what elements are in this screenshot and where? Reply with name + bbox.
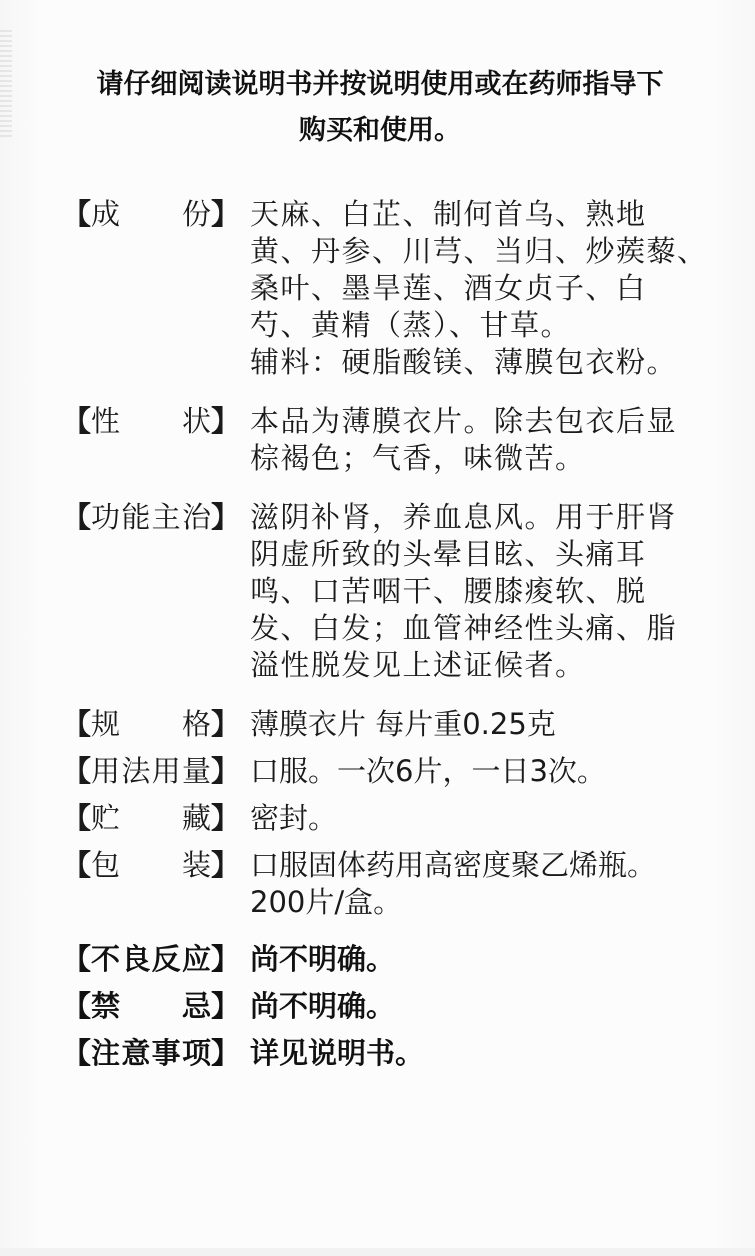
- label-char: 状: [182, 403, 211, 440]
- content-line: 200片/盒。: [250, 884, 712, 921]
- label-char: 用: [152, 753, 181, 790]
- section-label: 【 贮 藏 】: [62, 800, 240, 837]
- section-label: 【 成 份 】: [62, 196, 240, 233]
- label-char: 份: [182, 196, 211, 233]
- label-char: 禁: [91, 988, 120, 1025]
- section-adverse-reactions: 【 不 良 反 应 】 尚不明确。: [62, 941, 712, 978]
- drug-info-sections: 【 成 份 】 天麻、白芷、制何首乌、熟地 黄、丹参、川芎、当归、炒蒺藜、 桑叶…: [62, 196, 712, 1072]
- section-label: 【 不 良 反 应 】: [62, 941, 240, 978]
- label-char: 良: [121, 941, 150, 978]
- content-line-excipients: 辅料：硬脂酸镁、薄膜包衣粉。: [250, 344, 712, 381]
- section-content: 尚不明确。: [240, 941, 712, 978]
- content-line: 棕褐色；气香，味微苦。: [250, 440, 712, 477]
- label-char: 贮: [91, 800, 120, 837]
- open-bracket: 【: [62, 941, 91, 978]
- label-char: 包: [91, 847, 120, 884]
- content-line: 黄、丹参、川芎、当归、炒蒺藜、: [250, 233, 712, 270]
- content-line: 本品为薄膜衣片。除去包衣后显: [250, 403, 712, 440]
- section-contraindications: 【 禁 忌 】 尚不明确。: [62, 988, 712, 1025]
- label-char: 用: [91, 753, 120, 790]
- open-bracket: 【: [62, 847, 91, 884]
- section-label: 【 规 格 】: [62, 706, 240, 743]
- content-line: 密封。: [250, 800, 712, 837]
- close-bracket: 】: [211, 196, 240, 233]
- section-label: 【 注 意 事 项 】: [62, 1035, 240, 1072]
- open-bracket: 【: [62, 499, 91, 536]
- close-bracket: 】: [211, 403, 240, 440]
- content-line: 尚不明确。: [250, 941, 712, 978]
- section-label: 【 包 装 】: [62, 847, 240, 884]
- scan-edge-artifact: [0, 30, 12, 140]
- open-bracket: 【: [62, 988, 91, 1025]
- usage-notice-line-1: 请仔细阅读说明书并按说明使用或在药师指导下: [40, 62, 720, 108]
- open-bracket: 【: [62, 800, 91, 837]
- close-bracket: 】: [211, 988, 240, 1025]
- section-content: 滋阴补肾，养血息风。用于肝肾 阴虚所致的头晕目眩、头痛耳 鸣、口苦咽干、腰膝痠软…: [240, 499, 712, 684]
- section-content: 尚不明确。: [240, 988, 712, 1025]
- label-char: 功: [91, 499, 120, 536]
- close-bracket: 】: [211, 499, 240, 536]
- section-label: 【 性 状 】: [62, 403, 240, 440]
- section-ingredients: 【 成 份 】 天麻、白芷、制何首乌、熟地 黄、丹参、川芎、当归、炒蒺藜、 桑叶…: [62, 196, 712, 381]
- package-insert-page: 请仔细阅读说明书并按说明使用或在药师指导下 购买和使用。 【 成 份 】 天麻、…: [0, 0, 755, 1256]
- section-label: 【 功 能 主 治 】: [62, 499, 240, 536]
- label-char: 成: [91, 196, 120, 233]
- section-content: 薄膜衣片 每片重0.25克: [240, 706, 712, 743]
- label-char: 规: [91, 706, 120, 743]
- section-description: 【 性 状 】 本品为薄膜衣片。除去包衣后显 棕褐色；气香，味微苦。: [62, 403, 712, 477]
- label-char: 藏: [182, 800, 211, 837]
- label-char: 反: [152, 941, 181, 978]
- scan-bottom-edge: [0, 1248, 755, 1256]
- open-bracket: 【: [62, 196, 91, 233]
- content-line: 薄膜衣片 每片重0.25克: [250, 706, 712, 743]
- content-line: 详见说明书。: [250, 1035, 712, 1072]
- close-bracket: 】: [211, 753, 240, 790]
- section-dosage: 【 用 法 用 量 】 口服。一次6片，一日3次。: [62, 753, 712, 790]
- label-char: 事: [152, 1035, 181, 1072]
- content-line: 发、白发；血管神经性头痛、脂: [250, 610, 712, 647]
- content-line: 天麻、白芷、制何首乌、熟地: [250, 196, 712, 233]
- content-line: 桑叶、墨旱莲、酒女贞子、白: [250, 270, 712, 307]
- section-content: 本品为薄膜衣片。除去包衣后显 棕褐色；气香，味微苦。: [240, 403, 712, 477]
- label-char: 性: [91, 403, 120, 440]
- label-char: 治: [182, 499, 211, 536]
- open-bracket: 【: [62, 403, 91, 440]
- close-bracket: 】: [211, 706, 240, 743]
- label-char: 项: [182, 1035, 211, 1072]
- section-content: 口服固体药用高密度聚乙烯瓶。 200片/盒。: [240, 847, 712, 921]
- label-char: 能: [121, 499, 150, 536]
- section-content: 天麻、白芷、制何首乌、熟地 黄、丹参、川芎、当归、炒蒺藜、 桑叶、墨旱莲、酒女贞…: [240, 196, 712, 381]
- content-line: 口服。一次6片，一日3次。: [250, 753, 712, 790]
- section-indications: 【 功 能 主 治 】 滋阴补肾，养血息风。用于肝肾 阴虚所致的头晕目眩、头痛耳…: [62, 499, 712, 684]
- label-char: 不: [91, 941, 120, 978]
- label-char: 忌: [182, 988, 211, 1025]
- usage-notice-line-2: 购买和使用。: [40, 108, 720, 154]
- content-line: 芍、黄精（蒸）、甘草。: [250, 307, 712, 344]
- open-bracket: 【: [62, 753, 91, 790]
- section-precautions: 【 注 意 事 项 】 详见说明书。: [62, 1035, 712, 1072]
- section-storage: 【 贮 藏 】 密封。: [62, 800, 712, 837]
- section-content: 密封。: [240, 800, 712, 837]
- content-line: 阴虚所致的头晕目眩、头痛耳: [250, 536, 712, 573]
- content-line: 口服固体药用高密度聚乙烯瓶。: [250, 847, 712, 884]
- content-line: 尚不明确。: [250, 988, 712, 1025]
- section-content: 口服。一次6片，一日3次。: [240, 753, 712, 790]
- section-specification: 【 规 格 】 薄膜衣片 每片重0.25克: [62, 706, 712, 743]
- label-char: 量: [182, 753, 211, 790]
- label-char: 意: [121, 1035, 150, 1072]
- label-char: 法: [121, 753, 150, 790]
- section-package: 【 包 装 】 口服固体药用高密度聚乙烯瓶。 200片/盒。: [62, 847, 712, 921]
- open-bracket: 【: [62, 1035, 91, 1072]
- label-char: 装: [182, 847, 211, 884]
- label-char: 格: [182, 706, 211, 743]
- close-bracket: 】: [211, 941, 240, 978]
- label-char: 注: [91, 1035, 120, 1072]
- content-line: 滋阴补肾，养血息风。用于肝肾: [250, 499, 712, 536]
- usage-notice: 请仔细阅读说明书并按说明使用或在药师指导下 购买和使用。: [40, 62, 720, 154]
- section-label: 【 禁 忌 】: [62, 988, 240, 1025]
- content-line: 溢性脱发见上述证候者。: [250, 647, 712, 684]
- label-char: 应: [182, 941, 211, 978]
- close-bracket: 】: [211, 1035, 240, 1072]
- section-content: 详见说明书。: [240, 1035, 712, 1072]
- close-bracket: 】: [211, 800, 240, 837]
- label-char: 主: [152, 499, 181, 536]
- content-line: 鸣、口苦咽干、腰膝痠软、脱: [250, 573, 712, 610]
- section-label: 【 用 法 用 量 】: [62, 753, 240, 790]
- open-bracket: 【: [62, 706, 91, 743]
- close-bracket: 】: [211, 847, 240, 884]
